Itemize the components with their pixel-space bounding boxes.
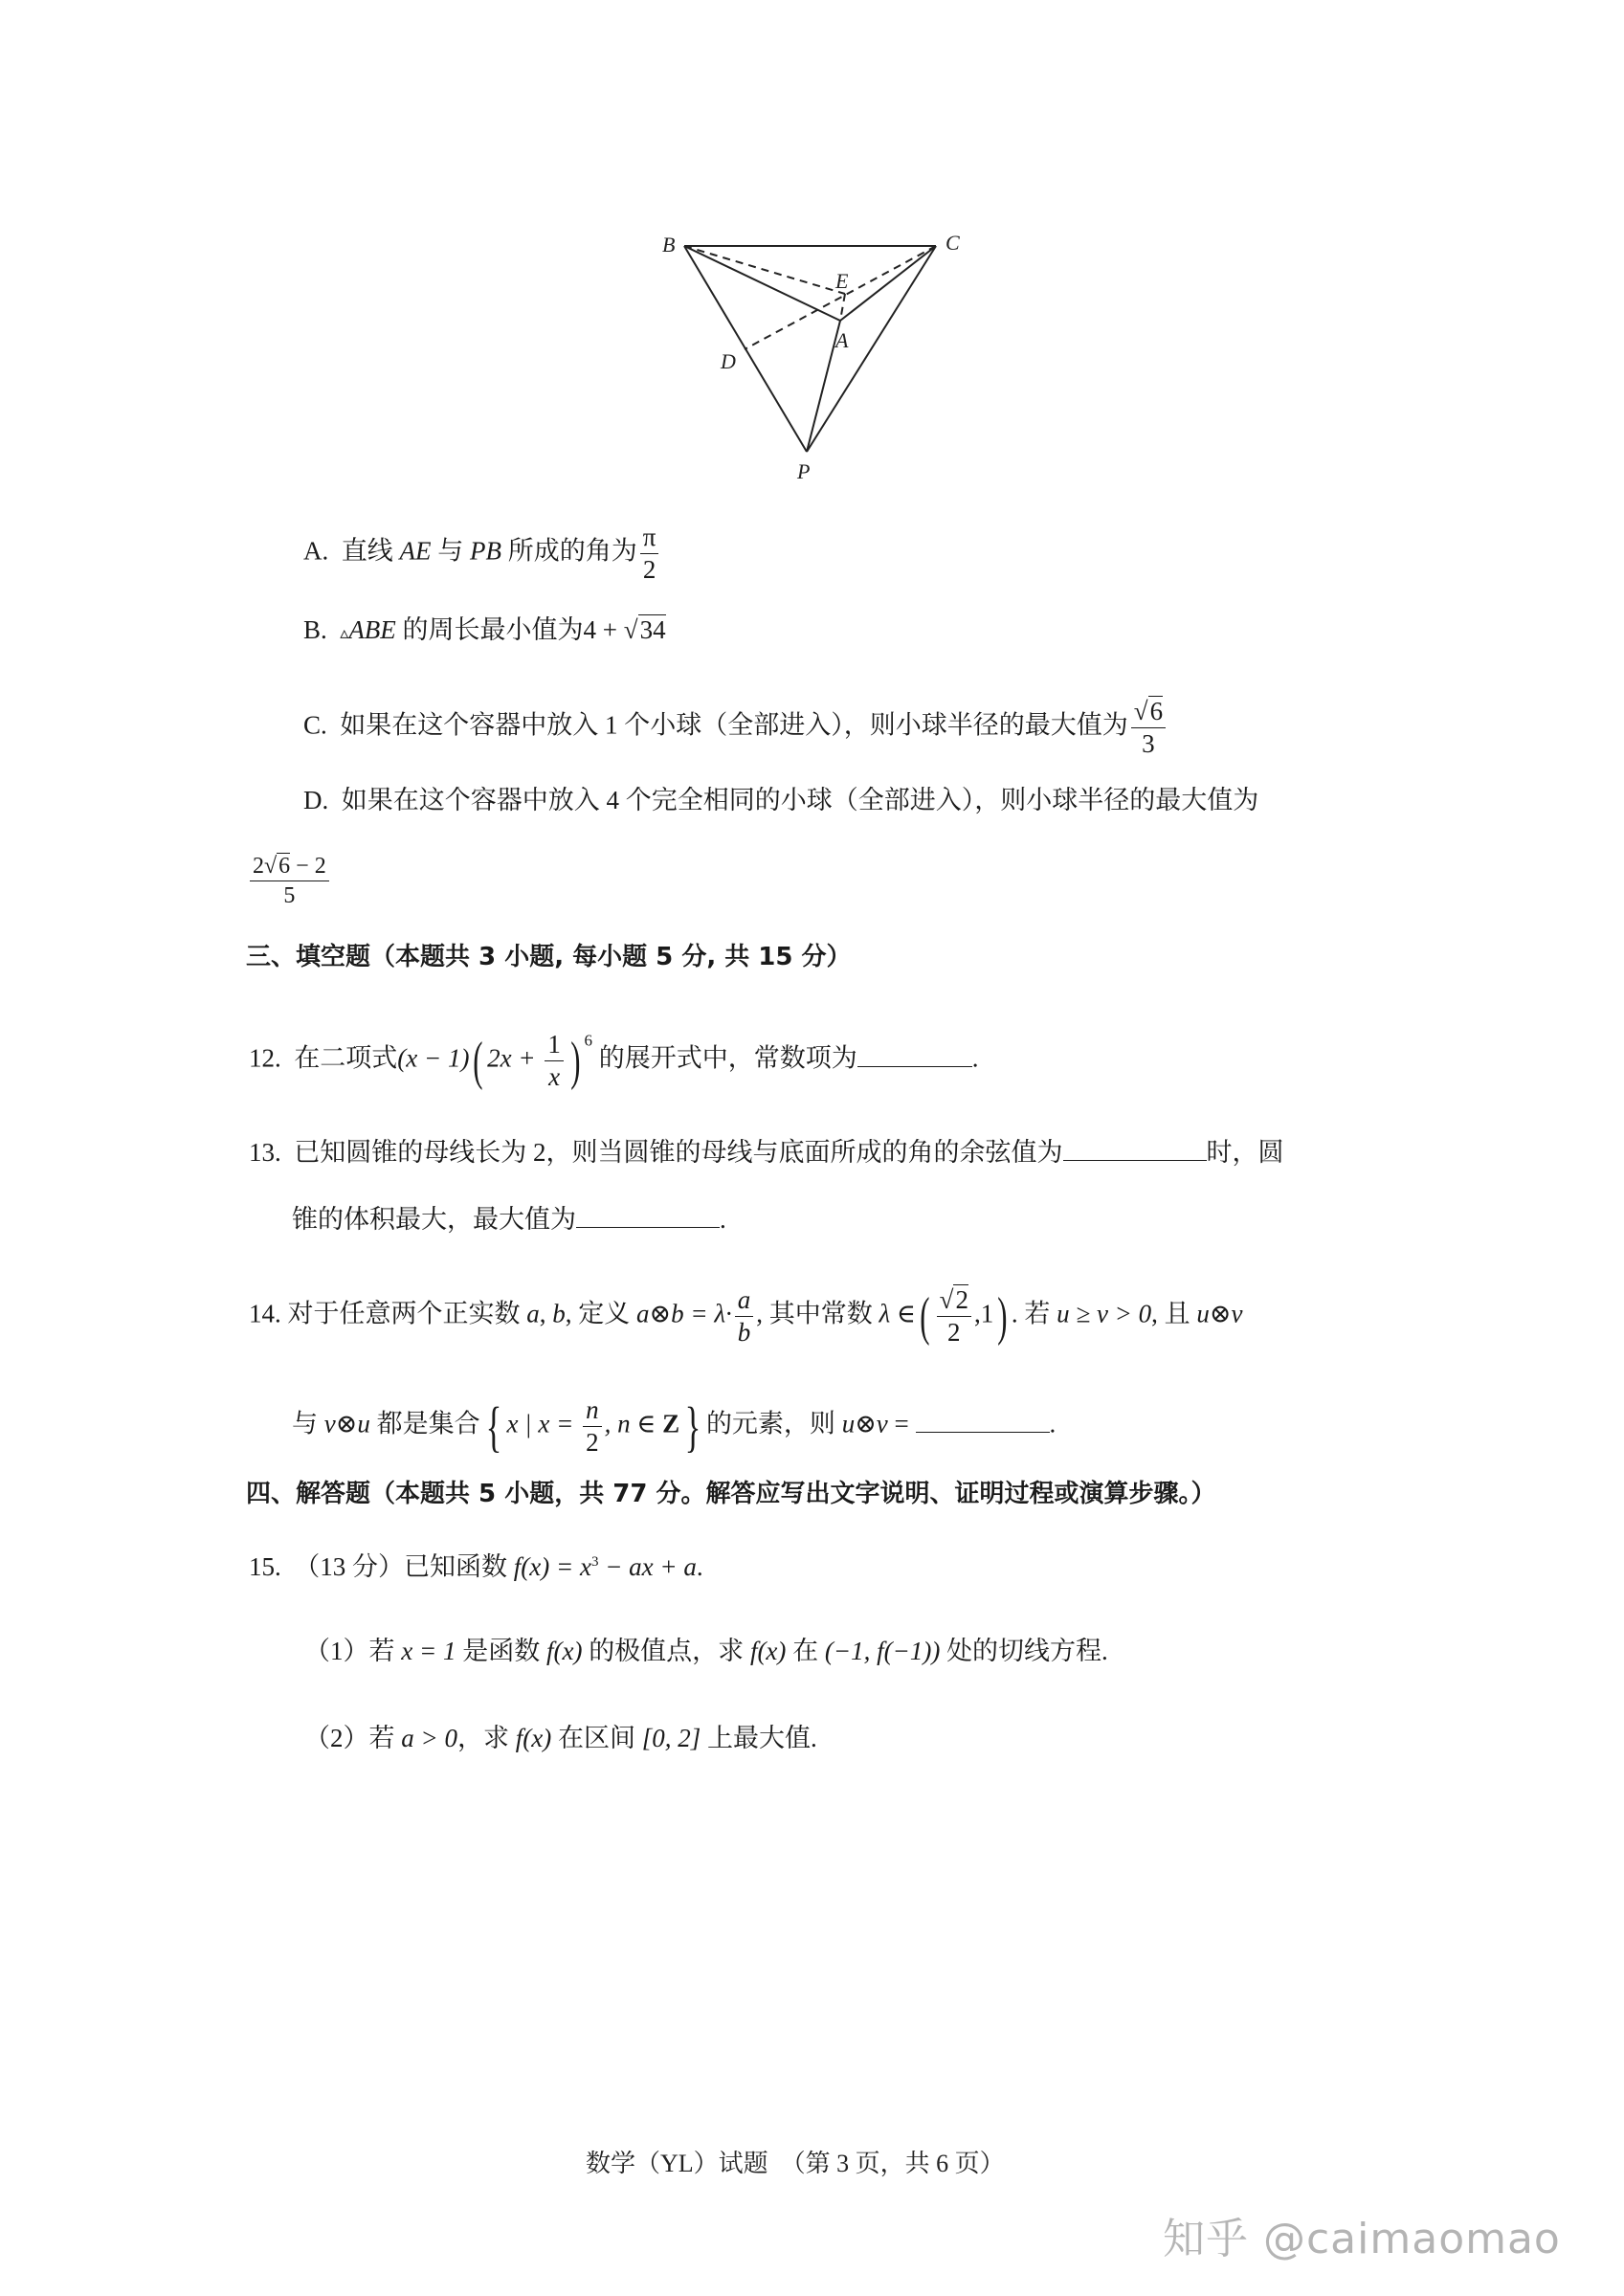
left-brace: { xyxy=(485,1399,501,1455)
text: 的极值点，求 xyxy=(582,1637,750,1665)
option-b: B. ▵ABE 的周长最小值为4 + √34 xyxy=(303,617,666,643)
text: 如果在这个容器中放入 1 个小球（全部进入），则小球半径的最大值为 xyxy=(340,711,1128,740)
radicand: 6 xyxy=(277,853,290,879)
math: a > 0 xyxy=(401,1724,457,1752)
text: 所成的角为 xyxy=(501,537,637,566)
text: 在 xyxy=(786,1637,825,1665)
right-paren: ) xyxy=(570,1035,580,1088)
fraction: 2√6 − 25 xyxy=(250,855,329,907)
triangle-symbol: ▵ xyxy=(340,623,348,642)
right-brace: } xyxy=(685,1399,701,1455)
section-4-heading: 四、解答题（本题共 5 小题，共 77 分。解答应写出文字说明、证明过程或演算步… xyxy=(246,1482,1215,1506)
math: v⊗u xyxy=(324,1410,370,1438)
text: 是函数 xyxy=(456,1637,546,1665)
question-15-part-1: （1）若 x = 1 是函数 f(x) 的极值点，求 f(x) 在 (−1, f… xyxy=(304,1638,1108,1664)
coefficient: 2 xyxy=(253,854,264,879)
math: (−1, f(−1)) xyxy=(825,1637,940,1665)
numerator: n xyxy=(583,1397,602,1427)
text: 的展开式中，常数项为 xyxy=(599,1044,857,1073)
part-label: （1） xyxy=(304,1637,369,1665)
math: u⊗v xyxy=(1196,1300,1242,1328)
numerator: √6 xyxy=(1131,699,1166,728)
math: x | x = xyxy=(506,1410,580,1438)
text: 已知函数 xyxy=(404,1552,514,1581)
math: f(x) xyxy=(516,1724,551,1752)
answer-blank[interactable] xyxy=(916,1411,1050,1433)
integer-set-symbol: Z xyxy=(662,1410,679,1438)
label-D: D xyxy=(720,349,736,373)
fraction: 1x xyxy=(545,1032,564,1090)
term: − 2 xyxy=(290,854,326,879)
text: 已知圆锥的母线长为 2，则当圆锥的母线与底面所成的角的余弦值为 xyxy=(294,1138,1062,1167)
text: 若 xyxy=(369,1724,402,1752)
text: 的元素，则 xyxy=(706,1410,842,1438)
text: = xyxy=(888,1410,916,1438)
text: . 若 xyxy=(1012,1300,1057,1328)
option-a: A. 直线 AE 与 PB 所成的角为π2 xyxy=(303,524,661,583)
text: ,1 xyxy=(974,1300,993,1328)
text: , 且 xyxy=(1151,1300,1196,1328)
numerator: √2 xyxy=(937,1287,971,1317)
period: . xyxy=(1050,1410,1057,1438)
text: 与 xyxy=(432,537,471,566)
text: 处的切线方程. xyxy=(940,1637,1108,1665)
text: 的周长最小值为 xyxy=(396,615,584,644)
fraction: √22 xyxy=(937,1287,971,1346)
math: , n ∈ xyxy=(605,1410,663,1438)
math: 4 + xyxy=(584,615,624,644)
label-B: B xyxy=(662,233,675,256)
denominator: 2 xyxy=(947,1317,961,1346)
math: u⊗v xyxy=(842,1410,888,1438)
math: f(x) xyxy=(546,1637,582,1665)
numerator: π xyxy=(640,524,659,554)
text: , 定义 xyxy=(566,1300,636,1328)
text: 对于任意两个正实数 xyxy=(288,1300,527,1328)
math: AE xyxy=(400,537,432,566)
math: (x) xyxy=(521,1552,549,1581)
section-3-heading: 三、填空题（本题共 3 小题, 每小题 5 分, 共 15 分） xyxy=(246,945,852,970)
math: f(x) xyxy=(750,1637,786,1665)
question-number: 15. xyxy=(249,1552,281,1581)
label-E: E xyxy=(834,269,849,293)
question-15-part-2: （2）若 a > 0，求 f(x) 在区间 [0, 2] 上最大值. xyxy=(304,1726,817,1751)
tetrahedron-figure: B C E A D P xyxy=(660,225,986,483)
denominator: 2 xyxy=(643,554,656,583)
answer-blank-1[interactable] xyxy=(1063,1139,1207,1161)
period: . xyxy=(720,1205,726,1234)
math: u ≥ v > 0 xyxy=(1057,1300,1151,1328)
label-C: C xyxy=(945,231,960,255)
question-13: 13. 已知圆锥的母线长为 2，则当圆锥的母线与底面所成的角的余弦值为时，圆 xyxy=(249,1139,1284,1166)
math: 2x + xyxy=(487,1044,542,1073)
period: . xyxy=(972,1044,979,1073)
text: 若 xyxy=(369,1637,402,1665)
option-letter: A. xyxy=(303,537,328,566)
math: λ ∈ xyxy=(879,1300,916,1328)
option-d-answer-fraction: 2√6 − 25 xyxy=(247,855,332,907)
math: a xyxy=(526,1300,540,1328)
answer-blank[interactable] xyxy=(857,1045,972,1067)
option-d: D. 如果在这个容器中放入 4 个完全相同的小球（全部进入），则小球半径的最大值… xyxy=(303,788,1258,814)
label-P: P xyxy=(796,459,810,483)
denominator: 3 xyxy=(1142,728,1155,757)
math: (x − 1) xyxy=(397,1044,469,1073)
score: （13 分） xyxy=(294,1552,404,1581)
exponent: 6 xyxy=(584,1032,592,1050)
text: 与 xyxy=(292,1410,324,1438)
fraction: π2 xyxy=(640,524,659,583)
text: 在区间 xyxy=(551,1724,642,1752)
denominator: 2 xyxy=(586,1427,599,1456)
numerator: 2√6 − 2 xyxy=(250,855,329,881)
text: 直线 xyxy=(342,537,400,566)
part-label: （2） xyxy=(304,1724,369,1752)
denominator: 5 xyxy=(283,881,295,907)
radicand: 34 xyxy=(638,614,666,644)
radicand: 2 xyxy=(953,1284,968,1314)
math: PB xyxy=(470,537,501,566)
text: 在二项式 xyxy=(294,1044,397,1073)
text: 锥的体积最大，最大值为 xyxy=(292,1205,576,1234)
right-paren: ) xyxy=(997,1290,1007,1344)
question-15: 15. （13 分）已知函数 f(x) = x3 − ax + a. xyxy=(249,1554,703,1580)
math: − ax + a xyxy=(598,1552,696,1581)
text: , 其中常数 xyxy=(756,1300,879,1328)
denominator: b xyxy=(738,1317,751,1346)
text: ，求 xyxy=(457,1724,516,1752)
question-number: 12. xyxy=(249,1044,281,1073)
math: = x xyxy=(549,1552,591,1581)
left-paren: ( xyxy=(920,1290,929,1344)
option-c: C. 如果在这个容器中放入 1 个小球（全部进入），则小球半径的最大值为√63 xyxy=(303,699,1168,757)
question-13-line-2: 锥的体积最大，最大值为. xyxy=(292,1206,726,1233)
text: 时，圆 xyxy=(1207,1138,1284,1167)
text: , xyxy=(540,1300,553,1328)
math: x = 1 xyxy=(401,1637,456,1665)
math: a⊗b = λ· xyxy=(636,1300,732,1328)
label-A: A xyxy=(834,328,849,352)
radicand: 6 xyxy=(1148,696,1164,725)
math: ABE xyxy=(348,615,395,644)
option-letter: B. xyxy=(303,615,327,644)
text: 都是集合 xyxy=(370,1410,480,1438)
option-letter: C. xyxy=(303,711,327,740)
math: b xyxy=(552,1300,566,1328)
text: 上最大值. xyxy=(701,1724,817,1752)
fraction: √63 xyxy=(1131,699,1166,757)
answer-blank-2[interactable] xyxy=(576,1206,720,1228)
question-14-line-2: 与 v⊗u 都是集合{x | x = n2, n ∈ Z}的元素，则 u⊗v =… xyxy=(292,1397,1056,1456)
question-14: 14. 对于任意两个正实数 a, b, 定义 a⊗b = λ·ab, 其中常数 … xyxy=(249,1287,1243,1346)
fraction: n2 xyxy=(583,1397,602,1456)
left-paren: ( xyxy=(474,1035,483,1088)
fraction: ab xyxy=(735,1287,754,1346)
option-letter: D. xyxy=(303,786,328,814)
numerator: a xyxy=(735,1287,754,1317)
period: . xyxy=(697,1552,703,1581)
page-footer: 数学（YL）试题 （第 3 页，共 6 页） xyxy=(586,2151,1005,2176)
denominator: x xyxy=(548,1061,560,1090)
text: 如果在这个容器中放入 4 个完全相同的小球（全部进入），则小球半径的最大值为 xyxy=(342,786,1259,814)
numerator: 1 xyxy=(545,1032,564,1061)
question-number: 13. xyxy=(249,1138,281,1167)
question-number: 14. xyxy=(249,1300,281,1328)
math: [0, 2] xyxy=(642,1724,701,1752)
question-12: 12. 在二项式(x − 1)(2x + 1x)6 的展开式中，常数项为. xyxy=(249,1032,978,1090)
watermark: 知乎 @caimaomao xyxy=(1163,2218,1561,2261)
